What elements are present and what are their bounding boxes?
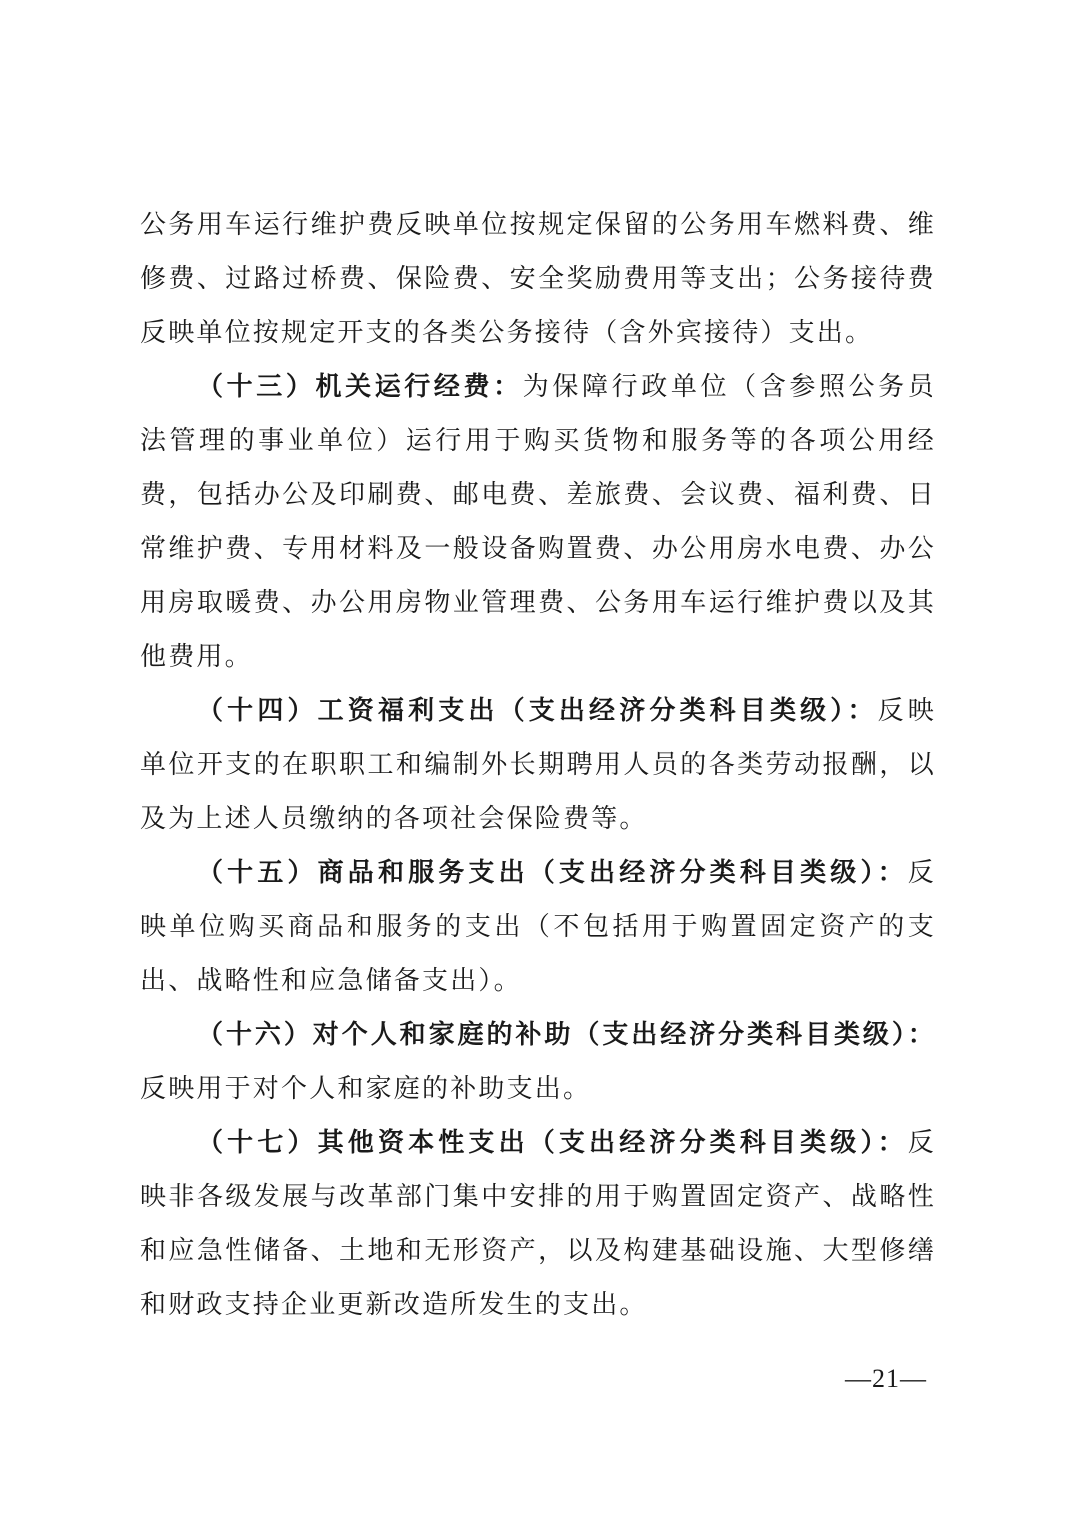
text-line: 公务用车运行维护费反映单位按规定保留的公务用车燃料费、维	[140, 198, 936, 252]
section-heading: （十六）对个人和家庭的补助（支出经济分类科目类级）：	[197, 1020, 936, 1050]
text-line: 法管理的事业单位）运行用于购买货物和服务等的各项公用经	[140, 414, 936, 468]
paragraph-first-line: （十六）对个人和家庭的补助（支出经济分类科目类级）：	[140, 1008, 936, 1062]
text-line: 常维护费、专用材料及一般设备购置费、办公用房水电费、办公	[140, 522, 936, 576]
text-line: 修费、过路过桥费、保险费、安全奖励费用等支出；公务接待费	[140, 252, 936, 306]
paragraph-16-household-subsidies: （十六）对个人和家庭的补助（支出经济分类科目类级）： 反映用于对个人和家庭的补助…	[140, 1008, 936, 1116]
text-line: 费，包括办公及印刷费、邮电费、差旅费、会议费、福利费、日	[140, 468, 936, 522]
section-heading: （十四）工资福利支出（支出经济分类科目类级）：	[197, 696, 878, 726]
paragraph-17-other-capital: （十七）其他资本性支出（支出经济分类科目类级）：反 映非各级发展与改革部门集中安…	[140, 1116, 936, 1332]
paragraph-14-wages-welfare: （十四）工资福利支出（支出经济分类科目类级）：反映 单位开支的在职职工和编制外长…	[140, 684, 936, 846]
text-line: 单位开支的在职职工和编制外长期聘用人员的各类劳动报酬，以	[140, 738, 936, 792]
paragraph-first-line: （十四）工资福利支出（支出经济分类科目类级）：反映	[140, 684, 936, 738]
paragraph-vehicle-reception: 公务用车运行维护费反映单位按规定保留的公务用车燃料费、维 修费、过路过桥费、保险…	[140, 198, 936, 360]
section-heading: （十三）机关运行经费：	[197, 372, 523, 402]
text-line: 反映单位按规定开支的各类公务接待（含外宾接待）支出。	[140, 306, 936, 360]
text-line: 和财政支持企业更新改造所发生的支出。	[140, 1278, 936, 1332]
page-number: —21—	[845, 1364, 927, 1394]
text-line: 映非各级发展与改革部门集中安排的用于购置固定资产、战略性	[140, 1170, 936, 1224]
paragraph-first-line: （十三）机关运行经费：为保障行政单位（含参照公务员	[140, 360, 936, 414]
text-line: 用房取暖费、办公用房物业管理费、公务用车运行维护费以及其	[140, 576, 936, 630]
section-heading: （十五）商品和服务支出（支出经济分类科目类级）：	[197, 858, 908, 888]
section-heading: （十七）其他资本性支出（支出经济分类科目类级）：	[197, 1128, 908, 1158]
paragraph-first-line: （十七）其他资本性支出（支出经济分类科目类级）：反	[140, 1116, 936, 1170]
text-span: 反	[908, 1128, 936, 1158]
text-span: 为保障行政单位（含参照公务员	[523, 372, 936, 402]
paragraph-13-operating-expenses: （十三）机关运行经费：为保障行政单位（含参照公务员 法管理的事业单位）运行用于购…	[140, 360, 936, 684]
text-line: 反映用于对个人和家庭的补助支出。	[140, 1062, 936, 1116]
text-line: 他费用。	[140, 630, 936, 684]
paragraph-first-line: （十五）商品和服务支出（支出经济分类科目类级）：反	[140, 846, 936, 900]
text-line: 出、战略性和应急储备支出）。	[140, 954, 936, 1008]
text-line: 映单位购买商品和服务的支出（不包括用于购置固定资产的支	[140, 900, 936, 954]
document-page: 公务用车运行维护费反映单位按规定保留的公务用车燃料费、维 修费、过路过桥费、保险…	[140, 198, 936, 1332]
text-span: 反	[908, 858, 936, 888]
text-line: 和应急性储备、土地和无形资产，以及构建基础设施、大型修缮	[140, 1224, 936, 1278]
text-span: 反映	[878, 696, 936, 726]
paragraph-15-goods-services: （十五）商品和服务支出（支出经济分类科目类级）：反 映单位购买商品和服务的支出（…	[140, 846, 936, 1008]
text-line: 及为上述人员缴纳的各项社会保险费等。	[140, 792, 936, 846]
